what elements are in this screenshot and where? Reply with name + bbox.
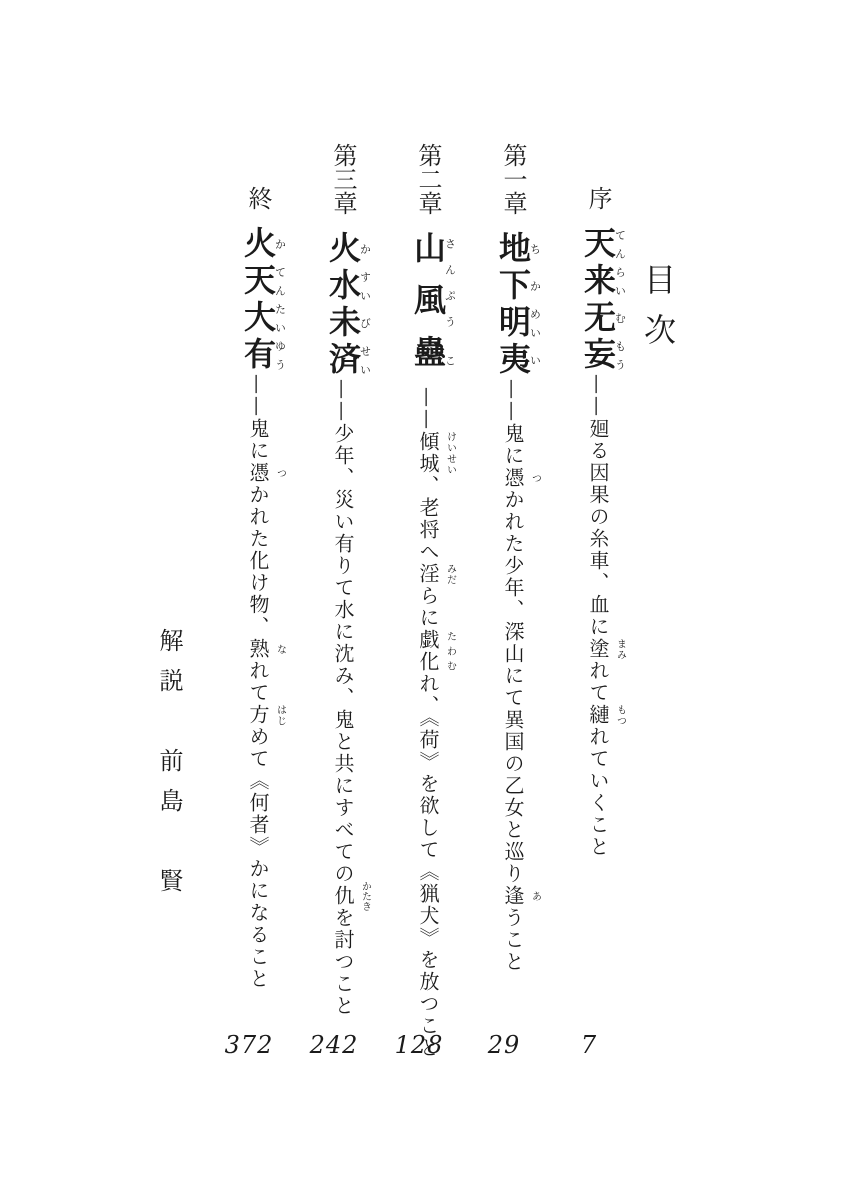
commentary-credit: 解説 前島 賢 [122, 0, 184, 1198]
toc-heading: 目次 [626, 0, 678, 1198]
chapter-title: 天てん来らい无む妄もう [579, 226, 617, 374]
chapter-label: 第二章 [414, 143, 442, 215]
toc-page: 目次 序天てん来らい无む妄もう——廻る因果の糸車、血に塗まみれて縺もつれていくこ… [0, 0, 841, 1198]
chapter-description: ——鬼に憑つかれた化け物、熟なれて方はじめて《何者》かになること [246, 374, 270, 990]
commentary-credit-text: 解説 前島 賢 [155, 628, 183, 908]
toc-heading-text: 目次 [639, 263, 677, 363]
chapter-description: ——廻る因果の糸車、血に塗まみれて縺もつれていくこと [586, 374, 610, 858]
page-number: 7 [556, 1030, 622, 1060]
chapter-title: 地ち下か明めい夷い [494, 231, 532, 379]
chapter-label: 第三章 [329, 143, 357, 215]
page-number: 242 [301, 1030, 367, 1060]
toc-entry-preface: 序天てん来らい无む妄もう——廻る因果の糸車、血に塗まみれて縺もつれていくこと 7 [541, 0, 626, 1198]
toc-entry-chapter1: 第一章地ち下か明めい夷い——鬼に憑つかれた少年、深山にて異国の乙女と巡り逢あうこ… [456, 0, 541, 1198]
chapter-label: 終 [244, 186, 272, 210]
chapter-description: ——傾けい城せい、老将へ淫みだらに戯化たわむれ、《荷》を欲して《猟犬》を放つこと [416, 387, 440, 1059]
toc-entry-final: 終火か天てん大たい有ゆう——鬼に憑つかれた化け物、熟なれて方はじめて《何者》かに… [201, 0, 286, 1198]
chapter-label: 序 [584, 186, 612, 210]
chapter-description: ——少年、災い有りて水に沈み、鬼と共にすべての仇かたきを討つこと [331, 379, 355, 1017]
chapter-title: 山さん風ぷう蠱こ [409, 231, 447, 387]
page-number: 372 [216, 1030, 282, 1060]
chapter-description: ——鬼に憑つかれた少年、深山にて異国の乙女と巡り逢あうこと [501, 379, 525, 973]
toc-entry-chapter3: 第三章火か水すい未び済せい——少年、災い有りて水に沈み、鬼と共にすべての仇かたき… [286, 0, 371, 1198]
toc-entry-chapter2: 第二章山さん風ぷう蠱こ——傾けい城せい、老将へ淫みだらに戯化たわむれ、《荷》を欲… [371, 0, 456, 1198]
chapter-label: 第一章 [499, 143, 527, 215]
chapter-title: 火か天てん大たい有ゆう [239, 226, 277, 374]
chapter-title: 火か水すい未び済せい [324, 231, 362, 379]
vertical-text-area: 目次 序天てん来らい无む妄もう——廻る因果の糸車、血に塗まみれて縺もつれていくこ… [122, 0, 678, 1198]
page-number: 29 [471, 1030, 537, 1060]
page-number: 128 [386, 1030, 452, 1060]
